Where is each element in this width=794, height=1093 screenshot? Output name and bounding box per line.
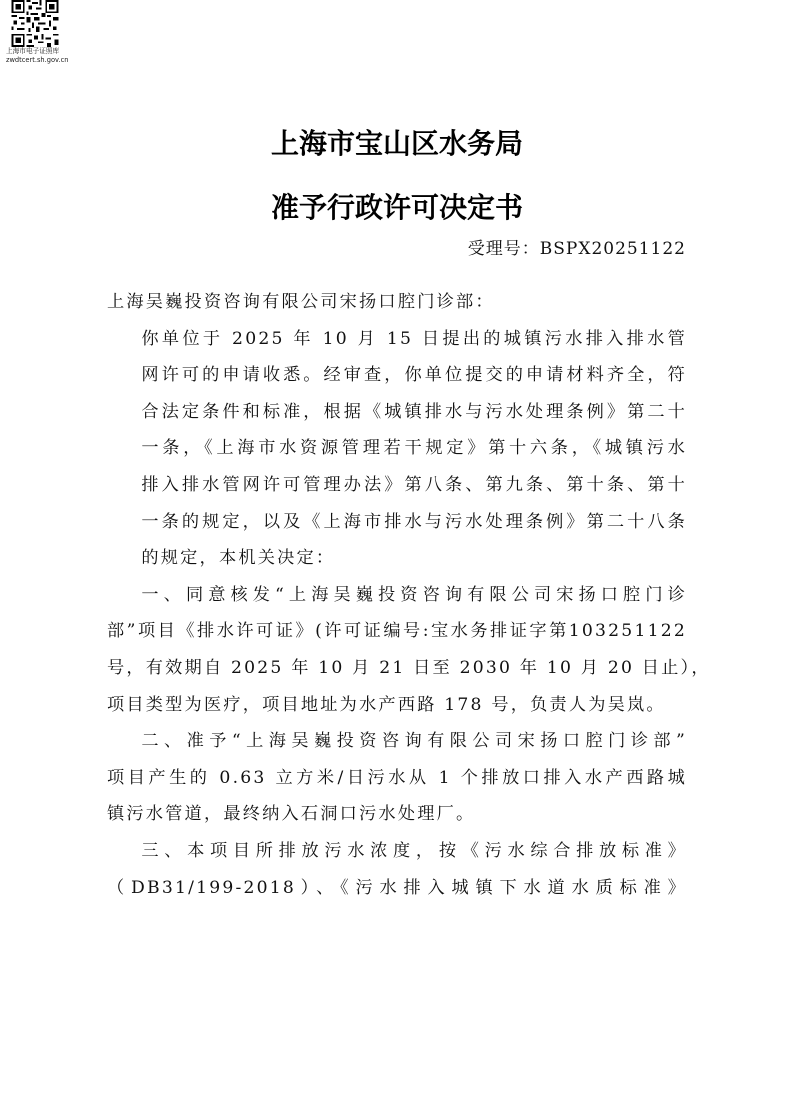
reference-label: 受理号： bbox=[468, 239, 540, 259]
addressee: 上海吴巍投资咨询有限公司宋扬口腔门诊部： bbox=[107, 284, 687, 321]
qr-caption-url[interactable]: zwdtcert.sh.gov.cn bbox=[6, 56, 78, 65]
text-line: 一条的规定，以及《上海市排水与污水处理条例》第二十八条 bbox=[107, 504, 687, 541]
paragraph-item-1: 一、同意核发“上海吴巍投资咨询有限公司宋扬口腔门诊 部”项目《排水许可证》(许可… bbox=[107, 577, 687, 723]
e-license-qr-block: 上海市电子证照库 zwdtcert.sh.gov.cn bbox=[6, 0, 82, 65]
text-line: 网许可的申请收悉。经审查，你单位提交的申请材料齐全，符 bbox=[107, 357, 687, 394]
text-line: 部”项目《排水许可证》(许可证编号:宝水务排证字第103251122 bbox=[107, 613, 687, 650]
text-line: 一、同意核发“上海吴巍投资咨询有限公司宋扬口腔门诊 bbox=[107, 577, 687, 614]
text-line: 你单位于 2025 年 10 月 15 日提出的城镇污水排入排水管 bbox=[107, 321, 687, 358]
document-title: 准予行政许可决定书 bbox=[0, 186, 794, 226]
reference-value: BSPX20251122 bbox=[540, 239, 686, 259]
paragraph-item-2: 二、准予“上海吴巍投资咨询有限公司宋扬口腔门诊部” 项目产生的 0.63 立方米… bbox=[107, 723, 687, 833]
text-line: （DB31/199-2018）、《污水排入城镇下水道水质标准》 bbox=[107, 870, 687, 907]
decision-body: 上海吴巍投资咨询有限公司宋扬口腔门诊部： 你单位于 2025 年 10 月 15… bbox=[107, 284, 687, 906]
text-line: 排入排水管网许可管理办法》第八条、第九条、第十条、第十 bbox=[107, 467, 687, 504]
text-line: 一条，《上海市水资源管理若干规定》第十六条，《城镇污水 bbox=[107, 430, 687, 467]
paragraph-item-3: 三、本项目所排放污水浓度，按《污水综合排放标准》 （DB31/199-2018）… bbox=[107, 833, 687, 906]
reference-number: 受理号：BSPX20251122 bbox=[468, 234, 686, 259]
text-line: 项目类型为医疗，项目地址为水产西路 178 号，负责人为吴岚。 bbox=[107, 687, 687, 724]
text-line: 项目产生的 0.63 立方米/日污水从 1 个排放口排入水产西路城 bbox=[107, 760, 687, 797]
text-line: 镇污水管道，最终纳入石洞口污水处理厂。 bbox=[107, 796, 687, 833]
text-line: 三、本项目所排放污水浓度，按《污水综合排放标准》 bbox=[107, 833, 687, 870]
qr-code-icon[interactable] bbox=[10, 0, 60, 47]
qr-caption-line1: 上海市电子证照库 bbox=[6, 47, 78, 56]
text-line: 合法定条件和标准，根据《城镇排水与污水处理条例》第二十 bbox=[107, 394, 687, 431]
text-line: 号，有效期自 2025 年 10 月 21 日至 2030 年 10 月 20 … bbox=[107, 650, 687, 687]
text-line: 二、准予“上海吴巍投资咨询有限公司宋扬口腔门诊部” bbox=[107, 723, 687, 760]
text-line: 的规定，本机关决定： bbox=[107, 540, 687, 577]
issuing-organization: 上海市宝山区水务局 bbox=[0, 122, 794, 162]
paragraph-basis: 你单位于 2025 年 10 月 15 日提出的城镇污水排入排水管 网许可的申请… bbox=[107, 321, 687, 577]
